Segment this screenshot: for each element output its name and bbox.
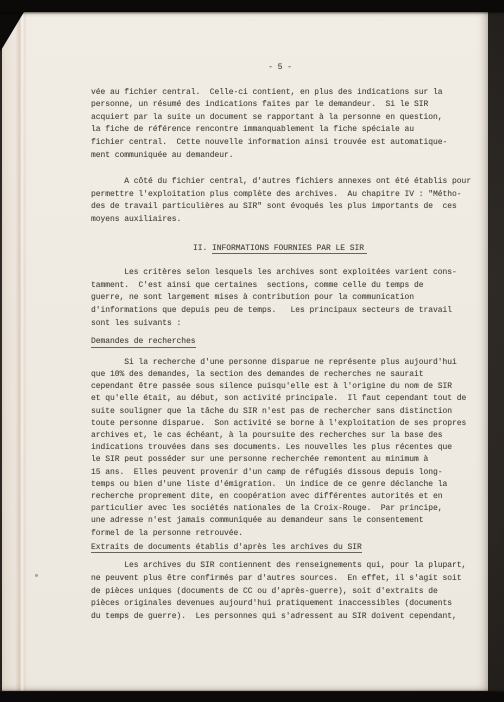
text-line: une adresse n'est jamais communiquée au … [91, 515, 469, 527]
scan-border-bottom [0, 692, 504, 702]
text-line: d'informations que depuis peu de temps. … [91, 305, 469, 318]
text-line: guerre, ne sont largement mises à contri… [91, 292, 469, 305]
page-content: - 5 - vée au fichier central. Celle-ci c… [91, 62, 469, 623]
paragraph: vée au fichier central. Celle-ci contien… [91, 87, 469, 163]
subheading-text: Demandes de recherches [91, 337, 196, 348]
subsection-heading: Demandes de recherches [91, 336, 469, 349]
text-line: toute personne disparue. Son activité se… [91, 418, 469, 430]
text-line: 15 ans. Elles peuvent provenir d'un camp… [91, 467, 469, 479]
heading-numeral: II. [193, 244, 212, 253]
text-line: suite souligner que la tâche du SIR n'es… [91, 406, 469, 418]
scan-border-top [0, 0, 504, 12]
text-line: de pièces uniques (documents de CC ou d'… [91, 586, 469, 599]
scan-backdrop: - 5 - vée au fichier central. Celle-ci c… [0, 0, 504, 702]
heading-text: INFORMATIONS FOURNIES PAR LE SIR [212, 244, 367, 255]
text-line: la fiche de référence rencontre immanqua… [91, 124, 469, 137]
text-line: A côté du fichier central, d'autres fich… [91, 176, 469, 189]
text-line: Les archives du SIR contiennent des rens… [91, 560, 469, 573]
text-line: ne peuvent plus être confirmés par d'aut… [91, 573, 469, 586]
text-line: particulier avec les sociétés nationales… [91, 503, 469, 515]
text-line: personne, un résumé des indications fait… [91, 99, 469, 112]
text-line: vée au fichier central. Celle-ci contien… [91, 87, 469, 100]
text-line: des de travail particulières au SIR" son… [91, 201, 469, 214]
text-line: tamment. C'est ainsi que certaines secti… [91, 280, 469, 293]
subsection-heading: Extraits de documents établis d'après le… [91, 542, 469, 555]
document-page: - 5 - vée au fichier central. Celle-ci c… [2, 12, 488, 691]
text-line: Si la recherche d'une personne disparue … [91, 357, 469, 369]
text-line: du temps de guerre). Les personnes qui s… [91, 611, 469, 624]
text-line: ment communiquée au demandeur. [91, 150, 469, 163]
text-line: que 10% des demandes, la section des dem… [91, 369, 469, 381]
text-line: moyens auxiliaires. [91, 214, 469, 227]
text-line: Les critères selon lesquels les archives… [91, 267, 469, 280]
text-line: recherche proprement dite, en coopératio… [91, 491, 469, 503]
text-line: indications trouvées dans ses documents.… [91, 442, 469, 454]
margin-speck [35, 574, 38, 577]
text-line: archives et, le cas échéant, à la poursu… [91, 430, 469, 442]
paragraph: Si la recherche d'une personne disparue … [91, 357, 469, 540]
text-line: pièces originales devenues aujourd'hui p… [91, 598, 469, 611]
subheading-text: Extraits de documents établis d'après le… [91, 543, 362, 554]
text-line: et qu'elle était, au début, son activité… [91, 393, 469, 405]
page-number: - 5 - [91, 62, 469, 75]
text-line: permettre l'exploitation plus complète d… [91, 189, 469, 202]
section-heading: II. INFORMATIONS FOURNIES PAR LE SIR [91, 243, 469, 256]
text-line: sont les suivants : [91, 318, 469, 331]
page-fold-crease [15, 12, 27, 691]
text-line: le SIR peut posséder sur une personne re… [91, 454, 469, 466]
paragraph: Les archives du SIR contiennent des rens… [91, 560, 469, 623]
text-line: formel de la personne retrouvée. [91, 528, 469, 540]
text-line: acquiert par la suite un document se rap… [91, 112, 469, 125]
paragraph: A côté du fichier central, d'autres fich… [91, 176, 469, 226]
text-line: cependant être passée sous silence puisq… [91, 381, 469, 393]
paragraph: Les critères selon lesquels les archives… [91, 267, 469, 330]
text-line: temps ou bien d'une liste d'émigration. … [91, 479, 469, 491]
text-line: fichier central. Cette nouvelle informat… [91, 137, 469, 150]
